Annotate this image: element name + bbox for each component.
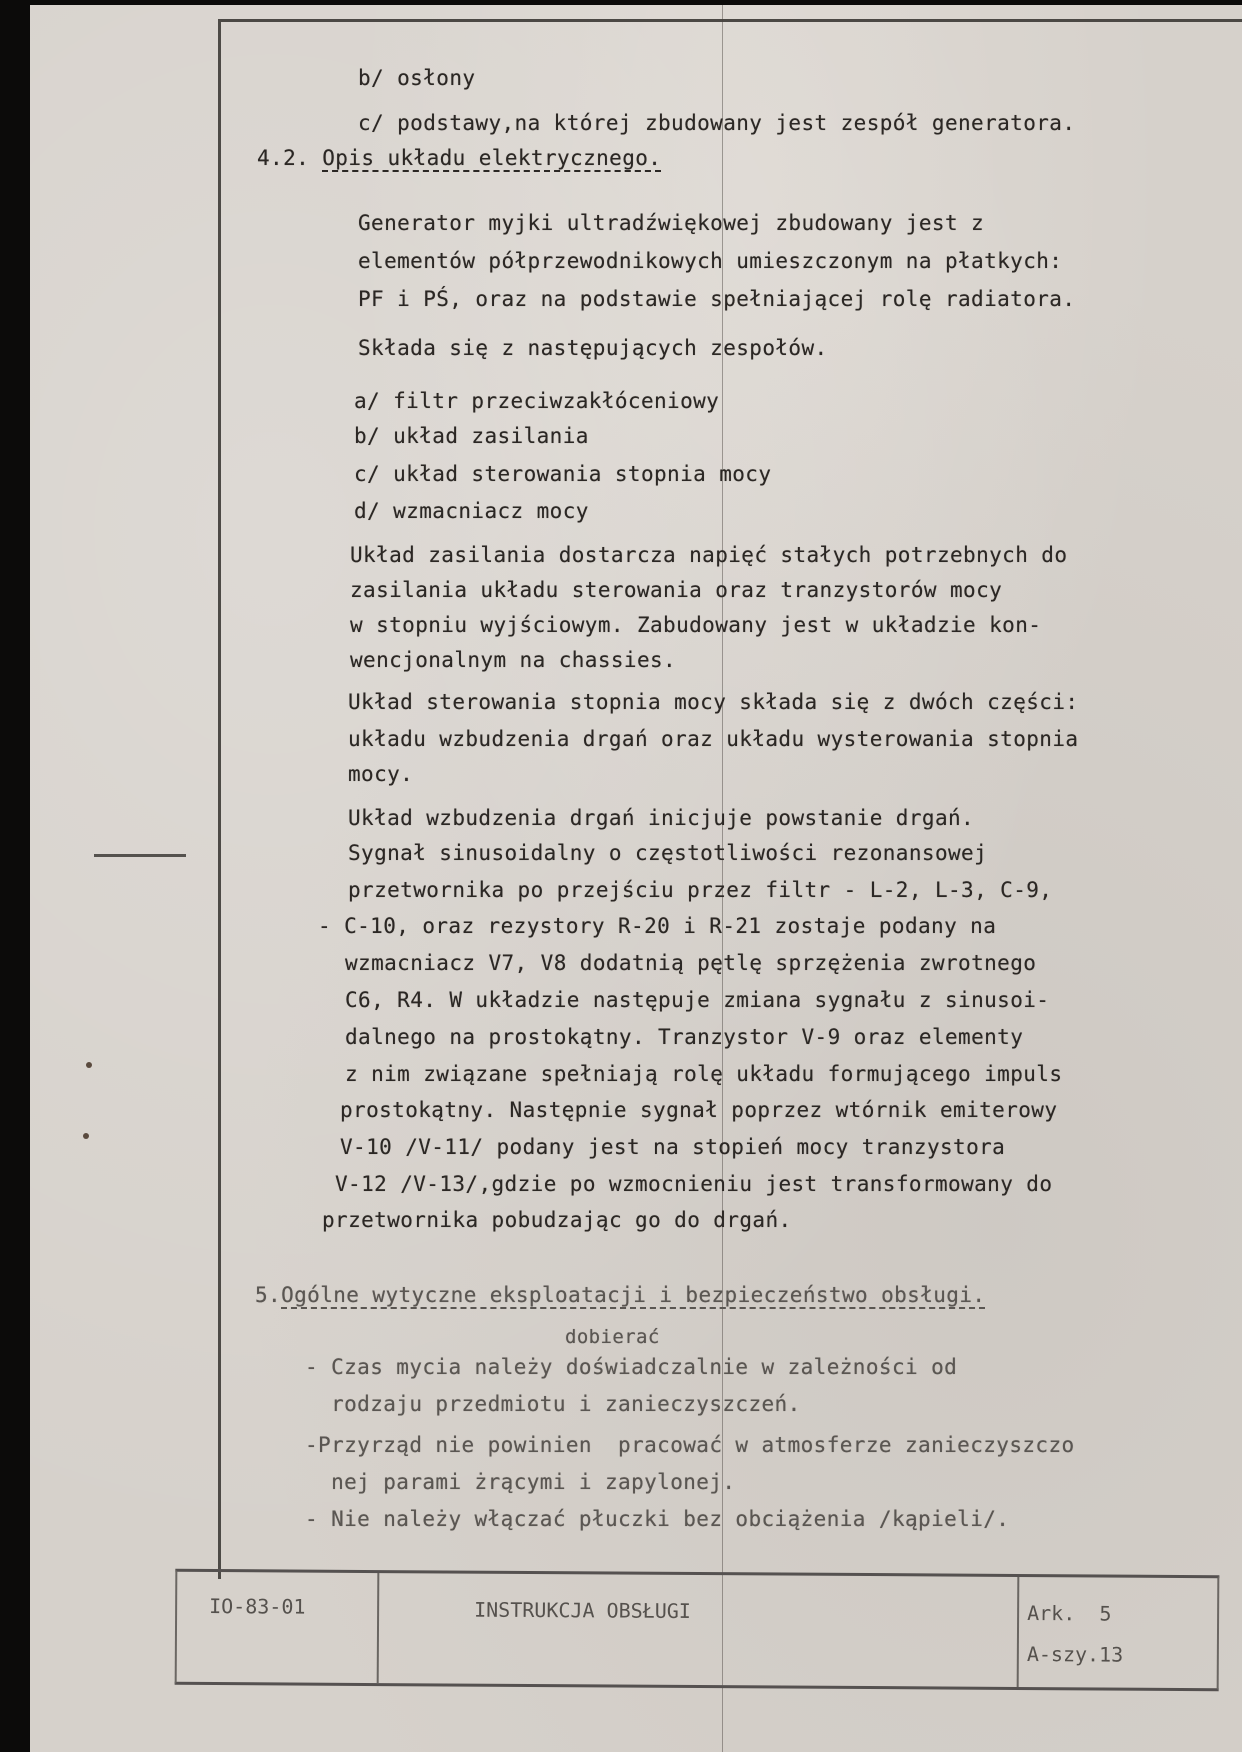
power-line: zasilania układu sterowania oraz tranzys…	[350, 578, 1002, 602]
document-code: IO-83-01	[209, 1594, 305, 1619]
excitation-line: dalnego na prostokątny. Tranzystor V-9 o…	[345, 1025, 1023, 1049]
power-line: Układ zasilania dostarcza napięć stałych…	[350, 543, 1067, 567]
title-block: IO-83-01 INSTRUKCJA OBSŁUGI Ark. 5 A-szy…	[175, 1569, 1220, 1691]
excitation-line: C6, R4. W układzie następuje zmiana sygn…	[345, 988, 1049, 1012]
bullet-line: rodzaju przedmiotu i zanieczyszczeń.	[305, 1392, 801, 1416]
section-heading-5: 5.Ogólne wytyczne eksploatacji i bezpiec…	[255, 1283, 985, 1307]
handwritten-correction: dobierać	[565, 1326, 660, 1348]
excitation-line: z nim związane spełniają rolę układu for…	[345, 1062, 1062, 1086]
document-title: INSTRUKCJA OBSŁUGI	[474, 1598, 691, 1623]
title-block-divider	[1017, 1577, 1020, 1687]
excitation-line: - C-10, oraz rezystory R-20 i R-21 zosta…	[318, 914, 996, 938]
component-a: a/ filtr przeciwzakłóceniowy	[354, 389, 719, 413]
title-block-divider	[377, 1573, 380, 1683]
bullet-line: -Przyrząd nie powinien pracować w atmosf…	[305, 1433, 1075, 1457]
intro-line: elementów półprzewodnikowych umieszczony…	[358, 249, 1062, 273]
section-title: Opis układu elektrycznego.	[322, 146, 661, 170]
section-title: Ogólne wytyczne eksploatacji i bezpiecze…	[281, 1283, 985, 1307]
control-line: Układ sterowania stopnia mocy składa się…	[348, 690, 1078, 714]
binding-hole	[86, 1062, 92, 1068]
sheet-number: Ark. 5	[1027, 1601, 1111, 1626]
excitation-line: przetwornika pobudzając go do drgań.	[322, 1208, 792, 1232]
page-frame-top	[220, 19, 1242, 22]
page-frame-left	[218, 19, 221, 1579]
excitation-line: V-12 /V-13/,gdzie po wzmocnieniu jest tr…	[335, 1172, 1052, 1196]
control-line: układu wzbudzenia drgań oraz układu wyst…	[348, 727, 1078, 751]
excitation-line: przetwornika po przejściu przez filtr - …	[348, 878, 1052, 902]
binding-hole	[83, 1133, 89, 1139]
bullet-line: - Nie należy włączać płuczki bez obciąże…	[305, 1507, 1009, 1531]
component-d: d/ wzmacniacz mocy	[354, 499, 589, 523]
excitation-line: V-10 /V-11/ podany jest na stopień mocy …	[340, 1135, 1005, 1159]
excitation-line: prostokątny. Następnie sygnał poprzez wt…	[340, 1098, 1057, 1122]
composition-line: Składa się z następujących zespołów.	[358, 336, 828, 360]
excitation-line: Sygnał sinusoidalny o częstotliwości rez…	[348, 841, 987, 865]
list-item-b: b/ osłony	[358, 66, 475, 90]
set-reference: A-szy.13	[1027, 1642, 1123, 1667]
section-heading-4-2: 4.2. Opis układu elektrycznego.	[257, 146, 661, 170]
excitation-line: Układ wzbudzenia drgań inicjuje powstani…	[348, 806, 974, 830]
power-line: w stopniu wyjściowym. Zabudowany jest w …	[350, 613, 1041, 637]
excitation-line: wzmacniacz V7, V8 dodatnią pętlę sprzęże…	[345, 951, 1036, 975]
component-b: b/ układ zasilania	[354, 424, 589, 448]
control-line: mocy.	[348, 762, 413, 786]
margin-mark	[94, 854, 186, 857]
bullet-line: nej parami żrącymi i zapylonej.	[305, 1470, 735, 1494]
list-item-c: c/ podstawy,na której zbudowany jest zes…	[358, 111, 1075, 135]
component-c: c/ układ sterowania stopnia mocy	[354, 462, 771, 486]
intro-line: PF i PŚ, oraz na podstawie spełniającej …	[358, 287, 1075, 311]
bullet-line: - Czas mycia należy doświadczalnie w zal…	[305, 1355, 957, 1379]
intro-line: Generator myjki ultradźwiękowej zbudowan…	[358, 211, 984, 235]
power-line: wencjonalnym na chassies.	[350, 648, 676, 672]
